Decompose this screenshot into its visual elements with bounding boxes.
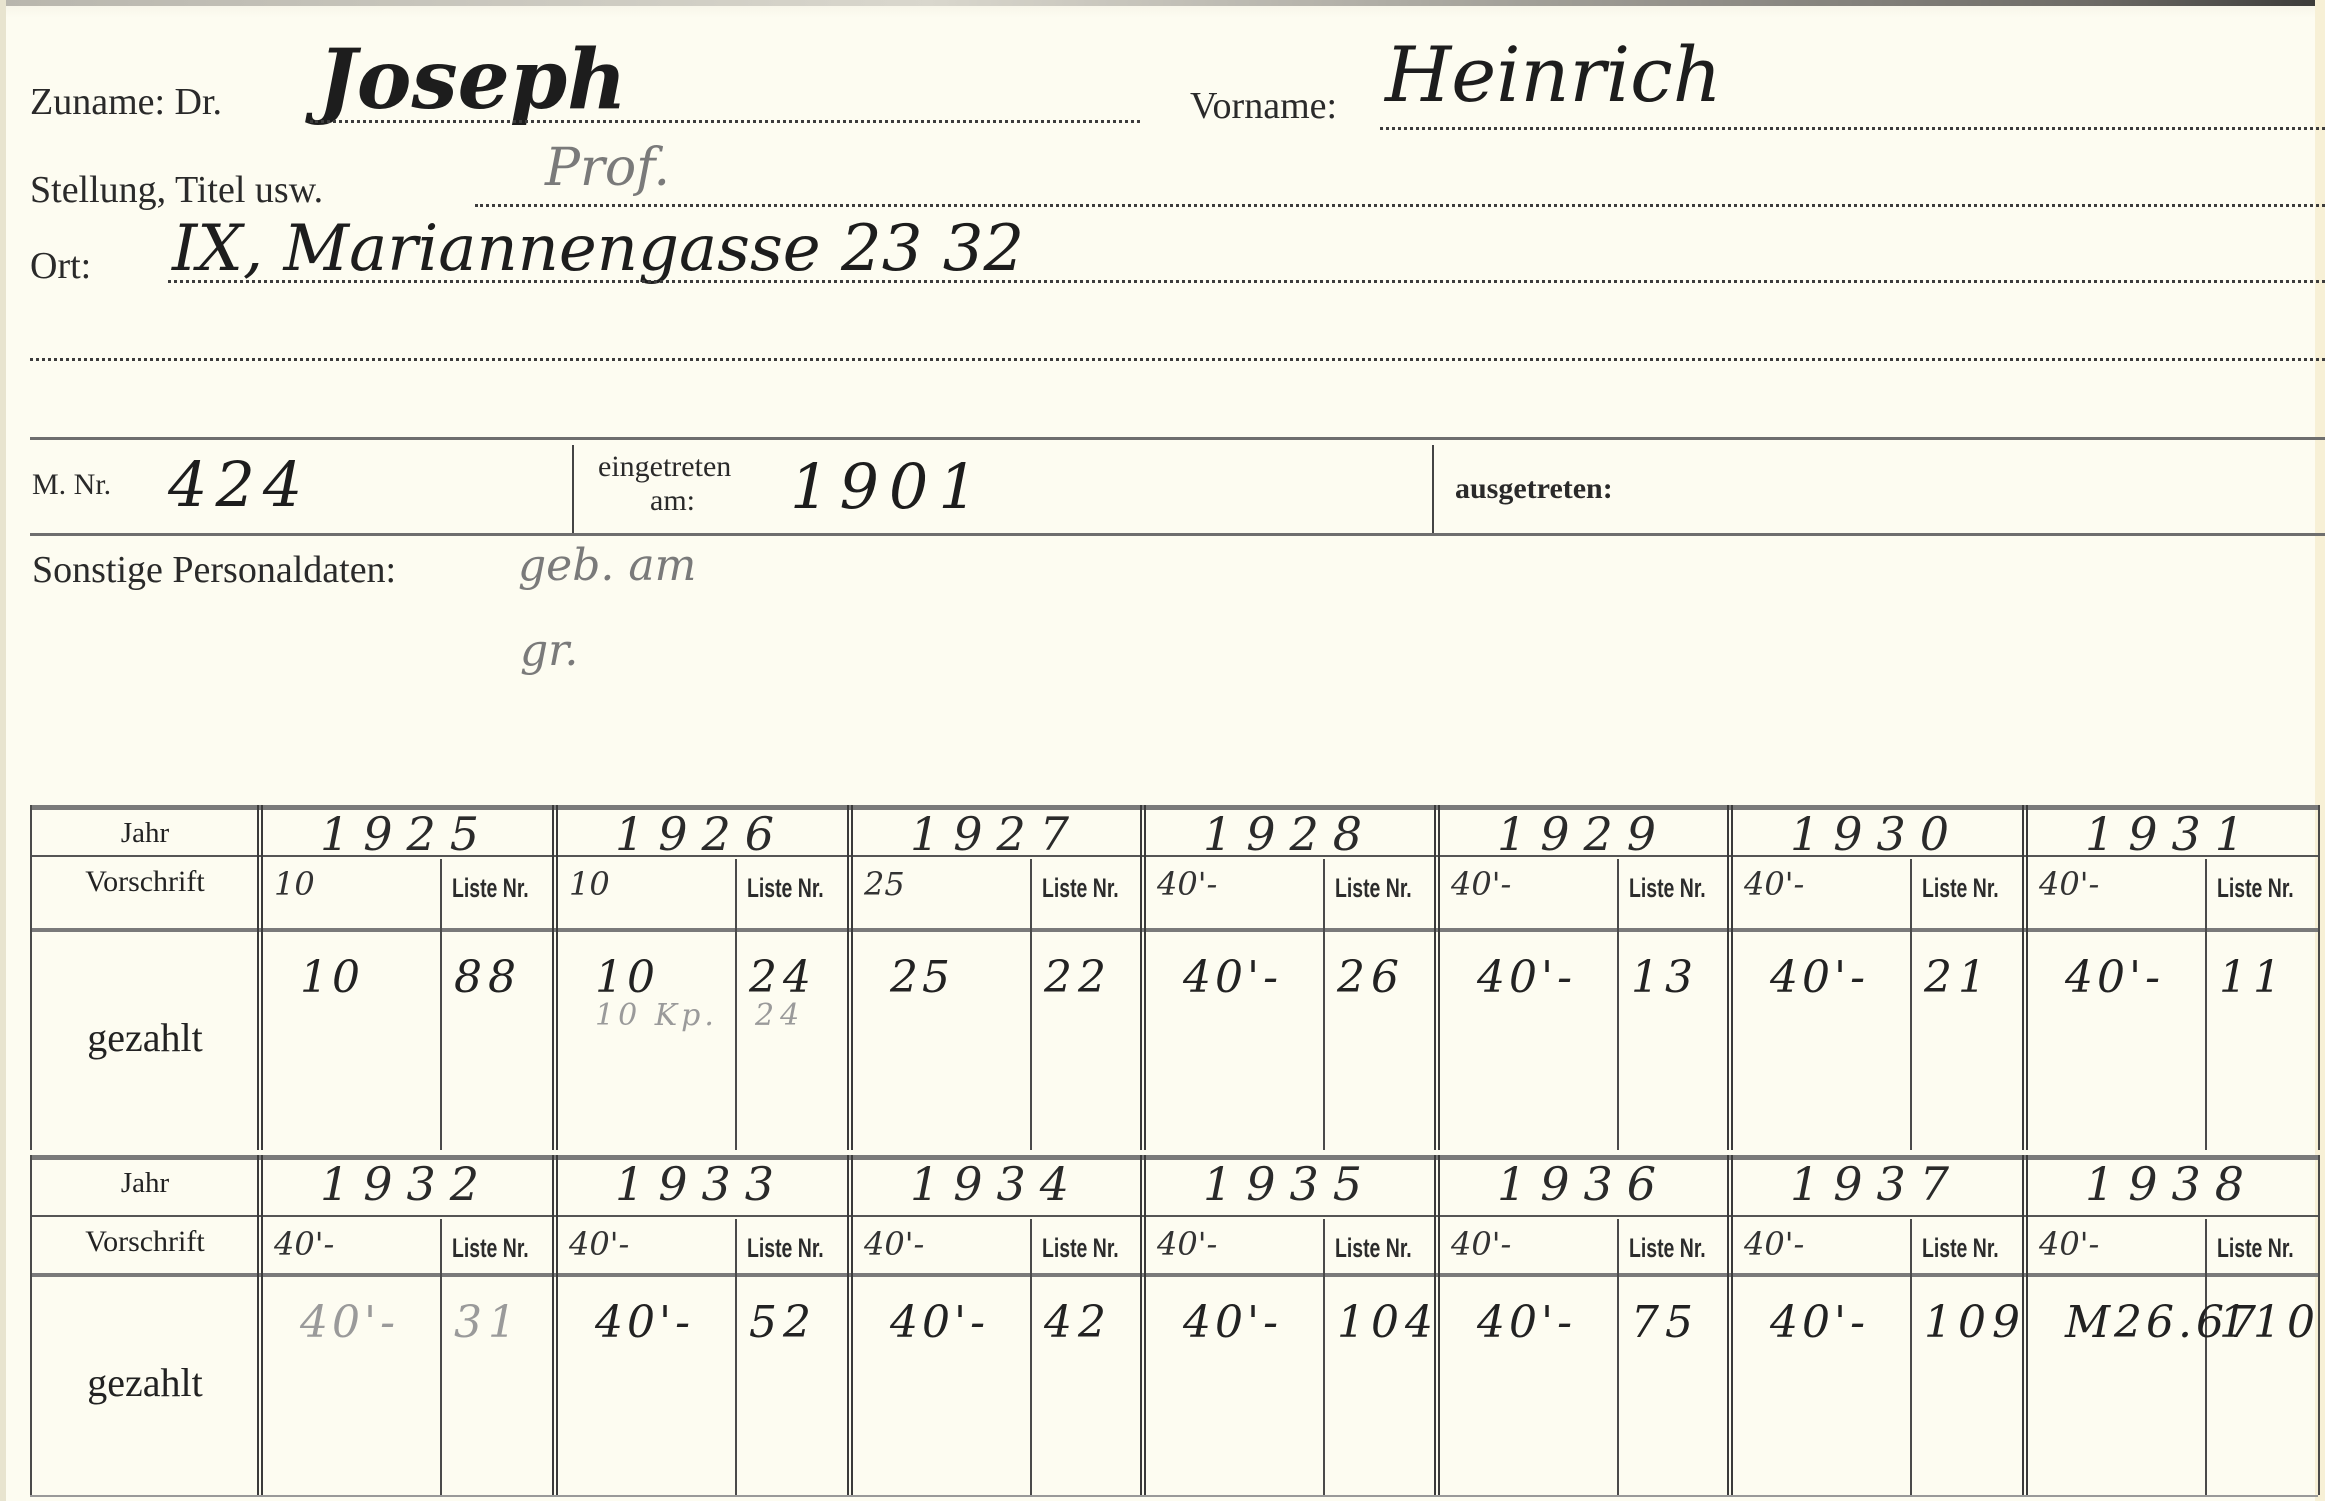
list-no-divider bbox=[735, 859, 737, 1150]
row-label-prescribed: Vorschrift bbox=[30, 865, 260, 899]
list-no-divider bbox=[2205, 859, 2207, 1150]
year-value: 1935 bbox=[1203, 1157, 1376, 1211]
list-no-value: 104 bbox=[1337, 1297, 1439, 1348]
paid-value: 40'- bbox=[1183, 1297, 1282, 1348]
table-prescribed-rule bbox=[30, 928, 2318, 932]
firstname-value: Heinrich bbox=[1385, 30, 1722, 119]
table-left-border bbox=[30, 1155, 32, 1495]
list-no-value: 42 bbox=[1044, 1297, 1112, 1348]
list-no-value: 88 bbox=[454, 952, 522, 1003]
list-no-label: Liste Nr. bbox=[2217, 1233, 2294, 1264]
table-prescribed-rule bbox=[30, 1273, 2318, 1277]
year-value: 1928 bbox=[1203, 807, 1376, 861]
paid-value: 40'- bbox=[300, 1297, 399, 1348]
row-label-prescribed: Vorschrift bbox=[30, 1225, 260, 1259]
position-value: Prof. bbox=[545, 138, 670, 198]
list-no-label: Liste Nr. bbox=[2217, 873, 2294, 904]
list-no-label: Liste Nr. bbox=[452, 1233, 529, 1264]
list-no-divider bbox=[1910, 1219, 1912, 1495]
personal-data-line1: geb. am bbox=[518, 540, 696, 591]
prescribed-value: 40'- bbox=[1451, 1225, 1511, 1263]
list-no-value: 13 bbox=[1631, 952, 1699, 1003]
list-no-value: 75 bbox=[1631, 1297, 1699, 1348]
firstname-label: Vorname: bbox=[1190, 84, 1337, 128]
membership-top-rule bbox=[30, 437, 2325, 440]
year-value: 1932 bbox=[320, 1157, 493, 1211]
paid-value: 10 bbox=[595, 952, 659, 1003]
list-no-label: Liste Nr. bbox=[1922, 873, 1999, 904]
list-no-value: 52 bbox=[749, 1297, 817, 1348]
year-value: 1926 bbox=[615, 807, 788, 861]
row-label-year: Jahr bbox=[30, 817, 260, 850]
table-left-border bbox=[30, 805, 32, 1150]
place-label: Ort: bbox=[30, 244, 91, 288]
membership-bottom-rule bbox=[30, 533, 2325, 536]
year-column-divider bbox=[552, 1155, 558, 1495]
surname-value: Joseph bbox=[318, 32, 627, 128]
year-value: 1936 bbox=[1497, 1157, 1670, 1211]
table-right-border bbox=[2318, 805, 2320, 1150]
list-no-value: 110 bbox=[2219, 1297, 2321, 1348]
year-value: 1927 bbox=[910, 807, 1083, 861]
surname-dotted-line bbox=[310, 120, 1140, 123]
list-no-label: Liste Nr. bbox=[1042, 1233, 1119, 1264]
year-column-divider bbox=[2022, 1155, 2028, 1495]
row-label-paid: gezahlt bbox=[30, 1359, 260, 1406]
prescribed-value: 25 bbox=[864, 865, 905, 903]
paid-value: 25 bbox=[890, 952, 954, 1003]
paid-value: 40'- bbox=[1770, 1297, 1869, 1348]
year-column-divider bbox=[257, 1155, 263, 1495]
year-value: 1934 bbox=[910, 1157, 1083, 1211]
year-column-divider bbox=[1434, 1155, 1440, 1495]
table-bottom-rule bbox=[30, 1495, 2318, 1497]
year-column-divider bbox=[1434, 805, 1440, 1150]
year-column-divider bbox=[257, 805, 263, 1150]
list-no-label: Liste Nr. bbox=[1629, 873, 1706, 904]
list-no-divider bbox=[1617, 859, 1619, 1150]
surname-label: Zuname: Dr. bbox=[30, 80, 222, 124]
list-no-label: Liste Nr. bbox=[452, 873, 529, 904]
prescribed-value: 40'- bbox=[2039, 865, 2099, 903]
paid-value: 40'- bbox=[2065, 952, 2164, 1003]
list-no-divider bbox=[1030, 859, 1032, 1150]
card-left-edge bbox=[0, 0, 6, 1501]
card-top-edge bbox=[0, 0, 2325, 6]
list-no-divider bbox=[1030, 1219, 1032, 1495]
prescribed-value: 40'- bbox=[2039, 1225, 2099, 1263]
blank-dotted-line bbox=[30, 358, 2325, 361]
firstname-dotted-line bbox=[1380, 127, 2325, 130]
list-no-label: Liste Nr. bbox=[747, 1233, 824, 1264]
year-column-divider bbox=[1727, 805, 1733, 1150]
list-no-value: 22 bbox=[1044, 952, 1112, 1003]
year-value: 1929 bbox=[1497, 807, 1670, 861]
list-no-value: 24 bbox=[749, 952, 817, 1003]
list-no-divider bbox=[440, 1219, 442, 1495]
prescribed-value: 40'- bbox=[1157, 1225, 1217, 1263]
year-column-divider bbox=[2022, 805, 2028, 1150]
personal-data-label: Sonstige Personaldaten: bbox=[32, 548, 396, 592]
position-label: Stellung, Titel usw. bbox=[30, 168, 323, 212]
paid-value: 40'- bbox=[1477, 952, 1576, 1003]
list-no-value: 11 bbox=[2219, 952, 2287, 1003]
list-no-label: Liste Nr. bbox=[747, 873, 824, 904]
list-no-divider bbox=[1910, 859, 1912, 1150]
prescribed-value: 40'- bbox=[1744, 1225, 1804, 1263]
membership-divider-2 bbox=[1432, 445, 1434, 533]
list-no-divider bbox=[1617, 1219, 1619, 1495]
paid-value: 40'- bbox=[1770, 952, 1869, 1003]
list-no-label: Liste Nr. bbox=[1922, 1233, 1999, 1264]
list-no-value: 26 bbox=[1337, 952, 1405, 1003]
list-no-label: Liste Nr. bbox=[1335, 873, 1412, 904]
list-no-label: Liste Nr. bbox=[1042, 873, 1119, 904]
joined-label: eingetreten bbox=[598, 450, 731, 484]
list-no-value: 109 bbox=[1924, 1297, 2026, 1348]
year-value: 1925 bbox=[320, 807, 493, 861]
paid-value: 40'- bbox=[595, 1297, 694, 1348]
prescribed-value: 40'- bbox=[569, 1225, 629, 1263]
year-value: 1937 bbox=[1790, 1157, 1963, 1211]
list-no-label: Liste Nr. bbox=[1335, 1233, 1412, 1264]
paid-value: 40'- bbox=[1477, 1297, 1576, 1348]
row-label-year: Jahr bbox=[30, 1167, 260, 1200]
list-no-divider bbox=[440, 859, 442, 1150]
prescribed-value: 40'- bbox=[274, 1225, 334, 1263]
list-no-value: 21 bbox=[1924, 952, 1992, 1003]
year-column-divider bbox=[552, 805, 558, 1150]
year-column-divider bbox=[847, 805, 853, 1150]
year-column-divider bbox=[1140, 1155, 1146, 1495]
paid-value: 10 bbox=[300, 952, 364, 1003]
prescribed-value: 40'- bbox=[1451, 865, 1511, 903]
table-year-rule bbox=[30, 1215, 2318, 1217]
list-no-value: 31 bbox=[454, 1297, 522, 1348]
joined-label-am: am: bbox=[650, 484, 695, 518]
membership-divider-1 bbox=[572, 445, 574, 533]
list-no-divider bbox=[1323, 859, 1325, 1150]
list-no-note: 24 bbox=[755, 998, 805, 1033]
personal-data-line2: gr. bbox=[520, 625, 578, 676]
paid-value: 40'- bbox=[890, 1297, 989, 1348]
list-no-label: Liste Nr. bbox=[1629, 1233, 1706, 1264]
year-column-divider bbox=[847, 1155, 853, 1495]
prescribed-value: 40'- bbox=[1157, 865, 1217, 903]
place-dotted-line bbox=[168, 280, 2325, 283]
year-value: 1933 bbox=[615, 1157, 788, 1211]
list-no-divider bbox=[735, 1219, 737, 1495]
prescribed-value: 10 bbox=[569, 865, 610, 903]
year-column-divider bbox=[1727, 1155, 1733, 1495]
row-label-paid: gezahlt bbox=[30, 1014, 260, 1061]
list-no-divider bbox=[1323, 1219, 1325, 1495]
joined-value: 1901 bbox=[790, 450, 988, 523]
year-value: 1931 bbox=[2085, 807, 2258, 861]
member-no-label: M. Nr. bbox=[32, 468, 111, 502]
member-no-value: 424 bbox=[168, 448, 310, 521]
left-label: ausgetreten: bbox=[1455, 472, 1613, 506]
year-column-divider bbox=[1140, 805, 1146, 1150]
place-value: IX, Mariannengasse 23 32 bbox=[172, 212, 1024, 286]
prescribed-value: 10 bbox=[274, 865, 315, 903]
position-dotted-line bbox=[475, 204, 2325, 207]
paid-note: 10 Kp. bbox=[595, 998, 718, 1033]
paid-value: 40'- bbox=[1183, 952, 1282, 1003]
year-value: 1938 bbox=[2085, 1157, 2258, 1211]
prescribed-value: 40'- bbox=[864, 1225, 924, 1263]
list-no-divider bbox=[2205, 1219, 2207, 1495]
year-value: 1930 bbox=[1790, 807, 1963, 861]
prescribed-value: 40'- bbox=[1744, 865, 1804, 903]
